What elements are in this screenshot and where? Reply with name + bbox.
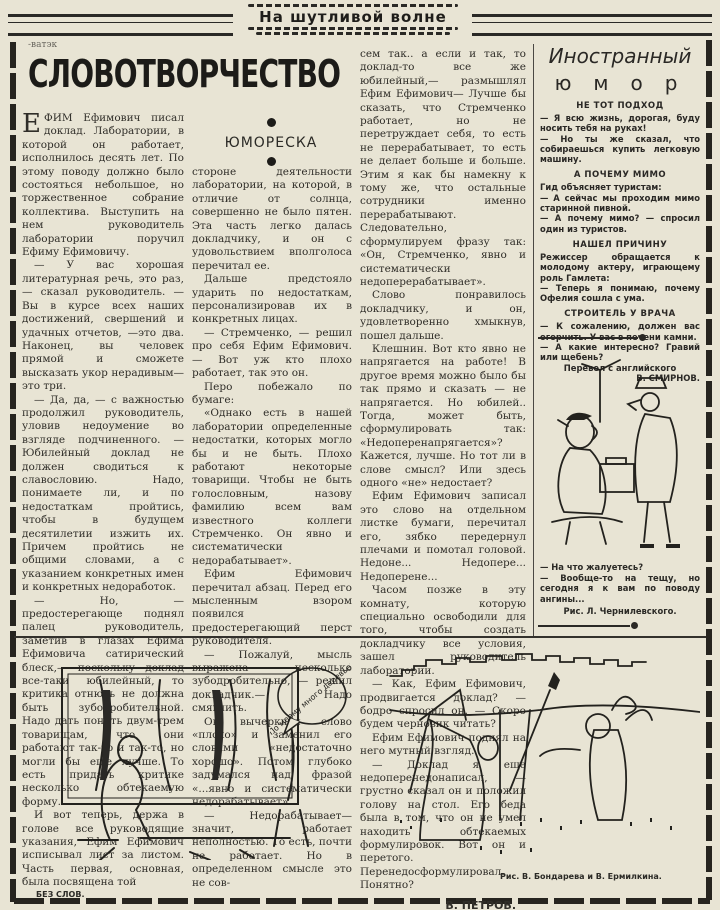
- joke-line: Режиссер обращается к молодому актеру, и…: [540, 252, 700, 283]
- masthead: На шутливой волне: [236, 2, 470, 40]
- wave-ornament: [248, 4, 458, 7]
- paragraph: Перо побежало по бумаге:: [192, 381, 352, 408]
- joke-line: — А почему мимо? — спросил один из турис…: [540, 213, 700, 234]
- genre-text: ЮМОРЕСКА: [186, 135, 356, 151]
- caption-line: — Вообще-то на тещу, но сегодня я к вам …: [540, 573, 700, 605]
- paragraph: Слово понравилось докладчику, и он, удов…: [360, 289, 526, 343]
- foreign-humor-section: Иностранный юмор НЕ ТОТ ПОДХОД — Я всю ж…: [540, 44, 700, 383]
- paragraph: сем так.. а если и так, то доклад-то все…: [360, 48, 526, 289]
- joke-heading: СТРОИТЕЛЬ У ВРАЧА: [540, 309, 700, 319]
- drop-cap: Е: [22, 112, 41, 136]
- section-divider: [14, 636, 706, 638]
- bullet-dot-icon: [267, 157, 276, 166]
- joke-line: — Я всю жизнь, дорогая, буду носить тебя…: [540, 113, 700, 134]
- paragraph: — Стремченко, — решил про себя Ефим Ефим…: [192, 327, 352, 381]
- left-border-dashes: [10, 42, 16, 902]
- section-subtitle: юмор: [540, 71, 700, 95]
- joke-line: — Теперь я понимаю, почему Офелия сошла …: [540, 283, 700, 304]
- right-border-dashes: [706, 40, 712, 900]
- speech-bubble: По моему много деревьев!: [270, 660, 350, 740]
- wave-ornament: [256, 32, 450, 35]
- paragraph: «Однако есть в нашей лаборатории определ…: [192, 407, 352, 568]
- paragraph: Клешнин. Вот кто явно не напрягается на …: [360, 343, 526, 490]
- newspaper-page: На шутливой волне -ватэк СЛОВОТВОРЧЕСТВО…: [0, 0, 720, 910]
- speech-bubble-text: По моему много деревьев!: [270, 660, 350, 737]
- joke-line: — А сейчас мы проходим мимо старинной пи…: [540, 193, 700, 214]
- left-cartoon-caption: БЕЗ СЛОВ.: [36, 890, 84, 899]
- kicker: -ватэк: [28, 40, 57, 50]
- paragraph: — Да, да, — с важностью продолжил руково…: [22, 394, 184, 595]
- doctor-cartoon-caption: — На что жалуетесь? — Вообще-то на тещу,…: [540, 562, 700, 617]
- joke-line: — Но ты же сказал, что собираешься купит…: [540, 134, 700, 165]
- masthead-rule-right: [472, 14, 712, 36]
- paragraph: Дальше предстояло ударить по недостаткам…: [192, 273, 352, 327]
- genre-label: ЮМОРЕСКА: [186, 118, 356, 166]
- paragraph: стороне деятельности лаборатории, на кот…: [192, 166, 352, 273]
- wave-ornament: [248, 27, 458, 30]
- article-headline: СЛОВОТВОРЧЕСТВО: [28, 52, 290, 96]
- joke-line: Гид объясняет туристам:: [540, 182, 700, 192]
- joke-heading: НАШЕЛ ПРИЧИНУ: [540, 240, 700, 250]
- article-author: В. ПЕТРОВ.: [360, 899, 526, 910]
- knight-cartoon-illustration: [380, 650, 700, 870]
- section-end-rule: [538, 337, 638, 339]
- masthead-title: На шутливой волне: [236, 9, 470, 25]
- illustrator-credit: Рис. Л. Чернилевского.: [540, 606, 700, 617]
- masthead-rule-left: [8, 14, 233, 36]
- paragraph: Ефим Ефимович записал это слово на отдел…: [360, 490, 526, 584]
- right-cartoon-credit: Рис. В. Бондарева и В. Ермилкина.: [500, 872, 662, 881]
- paragraph: — У вас хорошая литературная речь, это р…: [22, 259, 184, 393]
- bullet-dot-icon: [267, 118, 276, 127]
- doctor-cartoon-illustration: [540, 352, 700, 552]
- column-rule: [533, 44, 534, 636]
- caption-line: — На что жалуетесь?: [540, 562, 700, 573]
- section-title: Иностранный: [540, 44, 700, 68]
- joke-heading: НЕ ТОТ ПОДХОД: [540, 101, 700, 111]
- section-end-rule: [538, 625, 630, 627]
- paragraph: ФИМ Ефимович писал доклад. Лаборатории, …: [22, 112, 184, 258]
- joke-heading: А ПОЧЕМУ МИМО: [540, 170, 700, 180]
